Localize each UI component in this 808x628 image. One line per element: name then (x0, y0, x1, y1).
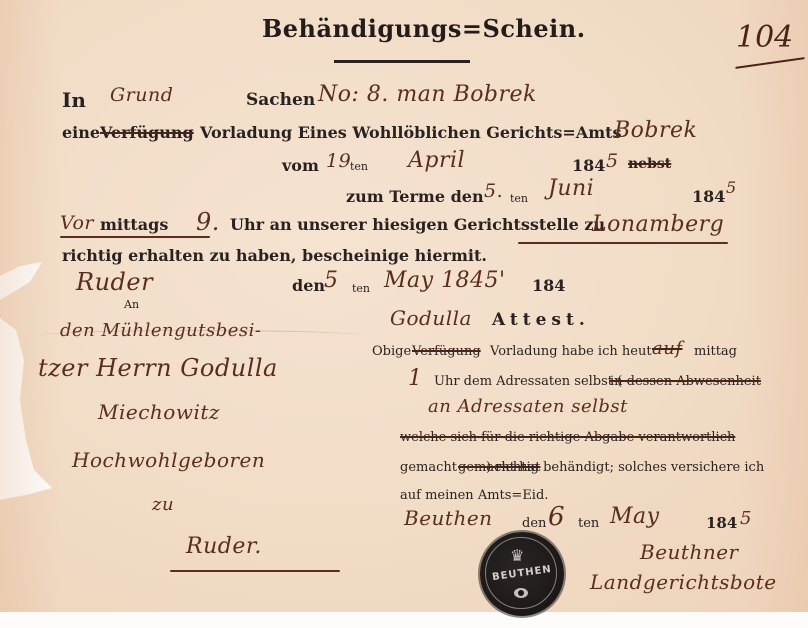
address-line-5: zu (152, 494, 174, 515)
signature-ruder: Ruder (76, 268, 153, 296)
signature-ten: ten (352, 282, 370, 295)
signature-den: den (292, 276, 325, 295)
address-line-1: den Mühlengutsbesi- (60, 320, 261, 341)
title-rule (334, 60, 470, 63)
attest-line5-text: ) richtig behändigt; solches versichere … (486, 460, 764, 475)
attest-signer-line2: Landgerichtsbote (590, 570, 777, 594)
line1-case-type: Grund (110, 84, 173, 106)
line5-vor: Vor (60, 212, 94, 234)
attest-line1-hand-struck: auf (652, 338, 683, 359)
attest-heading: Attest. (492, 310, 590, 330)
address-an-label: An (124, 298, 139, 311)
line3-vom: vom (282, 156, 319, 175)
attest-year-print: 184 (706, 514, 737, 532)
line4-year-print: 184 (692, 187, 725, 206)
attest-place: Beuthen (404, 506, 493, 530)
line2-struck-verfuegung: Verfügung (100, 123, 194, 142)
attest-line1-suffix: mittag (694, 344, 737, 359)
line5-place: Lonamberg (592, 212, 724, 237)
attest-den: den (522, 516, 546, 531)
line5-underline-2 (518, 242, 728, 244)
line3-year-digit: 5 (606, 150, 619, 172)
address-underline (170, 570, 340, 572)
attest-signer-line1: Beuthner (640, 540, 739, 564)
address-line-2: tzer Herrn Godulla (38, 354, 278, 382)
line3-year-print: 184 (572, 156, 605, 175)
attest-line1-text: Vorladung habe ich heut (490, 344, 652, 359)
line4-day: 5. (484, 180, 503, 202)
crown-icon: ♛ (510, 546, 524, 565)
attest-line2-text: Uhr dem Adressaten selbst ( (434, 374, 622, 389)
line4-month: Juni (548, 176, 594, 201)
signature-date: May 1845' (384, 268, 506, 293)
address-line-4: Hochwohlgeboren (72, 448, 265, 472)
eye-icon (514, 588, 528, 598)
line3-month: April (408, 148, 465, 173)
line3-ten: ten (350, 160, 368, 173)
attest-day: 6 (548, 502, 565, 532)
line6-text: richtig erhalten zu haben, bescheinige h… (62, 246, 487, 265)
attest-line5-prefix: gemacht (400, 460, 457, 475)
attest-line6-text: auf meinen Amts=Eid. (400, 488, 548, 503)
signature-year-print: 184 (532, 276, 565, 295)
line1-case-number: No: 8. man Bobrek (318, 82, 537, 107)
attest-line3-hand: an Adressaten selbst (428, 396, 628, 417)
line5-text: Uhr an unserer hiesigen Gerichtsstelle z… (230, 215, 605, 234)
line3-day: 19 (326, 150, 351, 172)
line5-hour: 9. (196, 208, 220, 236)
attest-line2-struck: in dessen Abwesenheit (610, 374, 761, 389)
line4-zum-terme: zum Terme den (346, 187, 484, 206)
attest-ten: ten (578, 516, 599, 531)
line2-court-name: Bobrek (614, 118, 697, 143)
attest-name: Godulla (390, 306, 472, 330)
line1-sachen: Sachen (246, 90, 315, 110)
attest-month: May (610, 504, 660, 529)
address-line-3: Miechowitz (98, 400, 220, 424)
attest-line4-struck: welche sich für die richtige Abgabe vera… (400, 430, 735, 445)
attest-line2-hour: 1 (408, 366, 423, 391)
address-line-6: Ruder. (186, 534, 262, 559)
line2-prefix: eine (62, 123, 100, 142)
line5-mittags: mittags (100, 215, 168, 234)
signature-day: 5 (324, 268, 339, 293)
line5-underline-1 (60, 236, 210, 238)
official-seal: ♛ BEUTHEN (480, 532, 564, 616)
line4-year-digit: 5 (726, 178, 737, 197)
line1-prefix: In (62, 88, 86, 112)
line4-ten: ten (510, 192, 528, 205)
attest-line1-struck: Verfügung (412, 344, 481, 359)
line2-text: Vorladung Eines Wohllöblichen Gerichts=A… (200, 123, 622, 142)
document-title: Behändigungs=Schein. (262, 14, 586, 43)
reference-number: 104 (736, 20, 793, 55)
line3-struck-nebst: nebst (628, 156, 671, 172)
attest-line1-prefix: Obige (372, 344, 411, 359)
attest-year-digit: 5 (740, 508, 752, 529)
